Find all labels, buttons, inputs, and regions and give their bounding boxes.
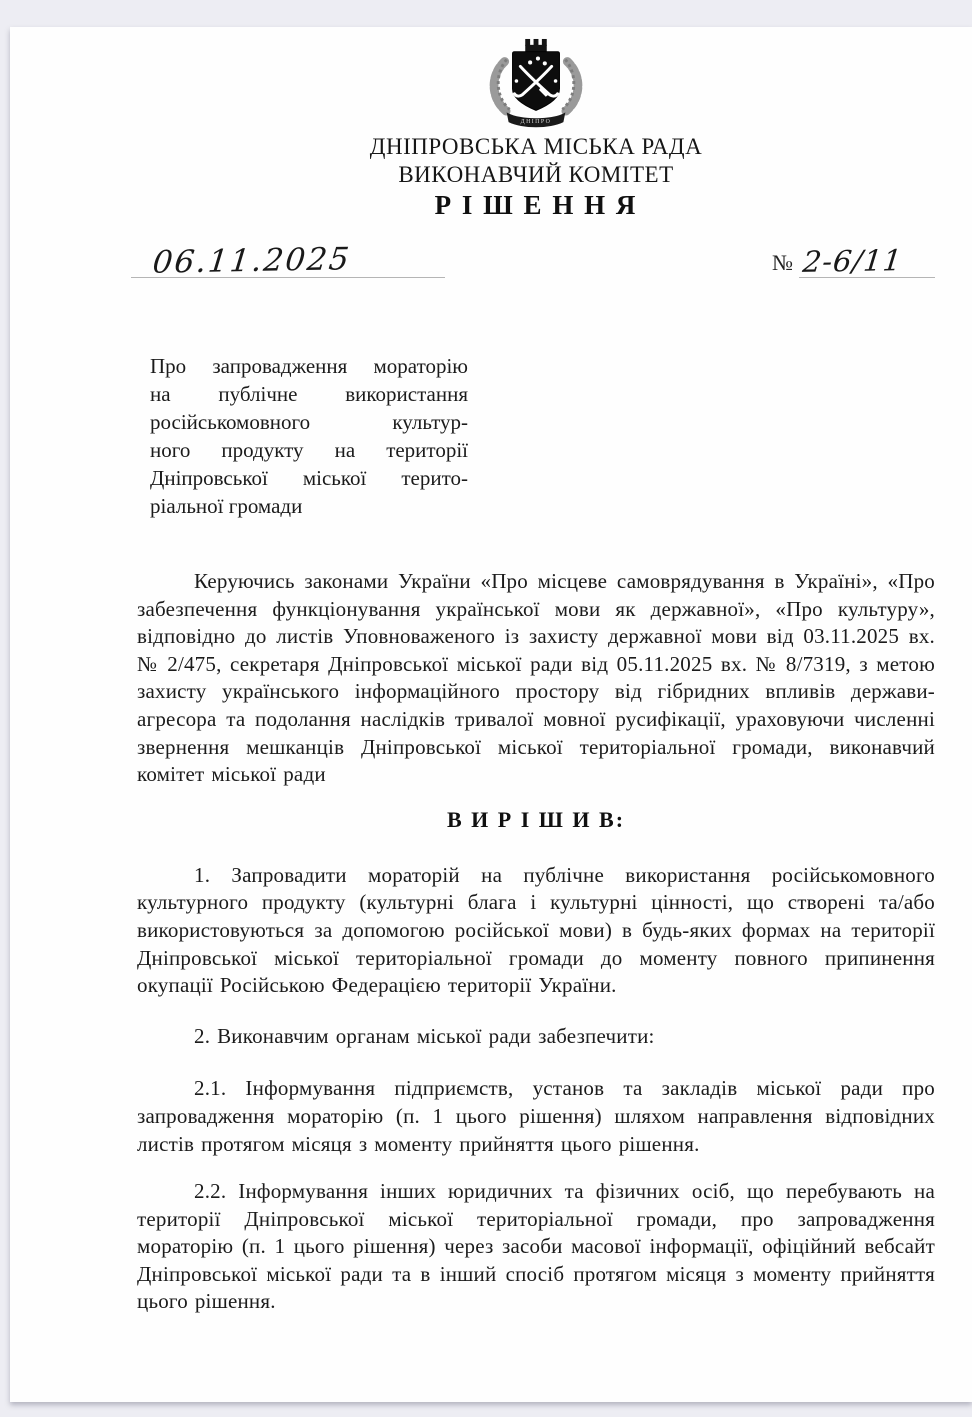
subject-line: Про запровадження мораторію [150,352,468,380]
preamble-paragraph: Керуючись законами України «Про місцеве … [137,568,935,789]
resolved-heading: В И Р І Ш И В: [137,805,935,835]
subject-line: російськомовного культур- [150,408,468,436]
document-type-title: Р І Ш Е Н Н Я [137,190,935,220]
decision-item-1: 1. Запровадити мораторій на публічне вик… [137,862,935,1000]
date-field: 06.11.2025 [131,246,445,278]
number-underline: 2-6/11 [799,248,935,278]
decision-item-2: 2. Виконавчим органам міської ради забез… [137,1023,935,1051]
coat-of-arms-icon: ДНІПРО [477,38,595,128]
decision-item-2-2: 2.2. Інформування інших юридичних та фіз… [137,1178,935,1316]
subject-block: Про запровадження мораторію на публічне … [150,352,468,520]
subject-line: ного продукту на території [150,436,468,464]
number-sign: № [772,250,799,278]
decision-item-2-1: 2.1. Інформування підприємств, установ т… [137,1075,935,1158]
document-page: ДНІПРО ДНІПРОВСЬКА МІСЬКА РАДА ВИКОНАВЧИ… [10,27,972,1402]
handwritten-number: 2-6/11 [802,247,904,275]
emblem-container: ДНІПРО [137,27,935,133]
handwritten-date: 06.11.2025 [151,244,352,277]
date-number-row: 06.11.2025 № 2-6/11 [137,236,935,278]
number-field: № 2-6/11 [772,248,935,278]
subject-line: ріальної громади [150,492,468,520]
org-name-line1: ДНІПРОВСЬКА МІСЬКА РАДА [137,133,935,161]
subject-line: Дніпровської міської терито- [150,464,468,492]
org-name-line2: ВИКОНАВЧИЙ КОМІТЕТ [137,161,935,189]
subject-line: на публічне використання [150,380,468,408]
emblem-banner-text: ДНІПРО [521,119,552,125]
